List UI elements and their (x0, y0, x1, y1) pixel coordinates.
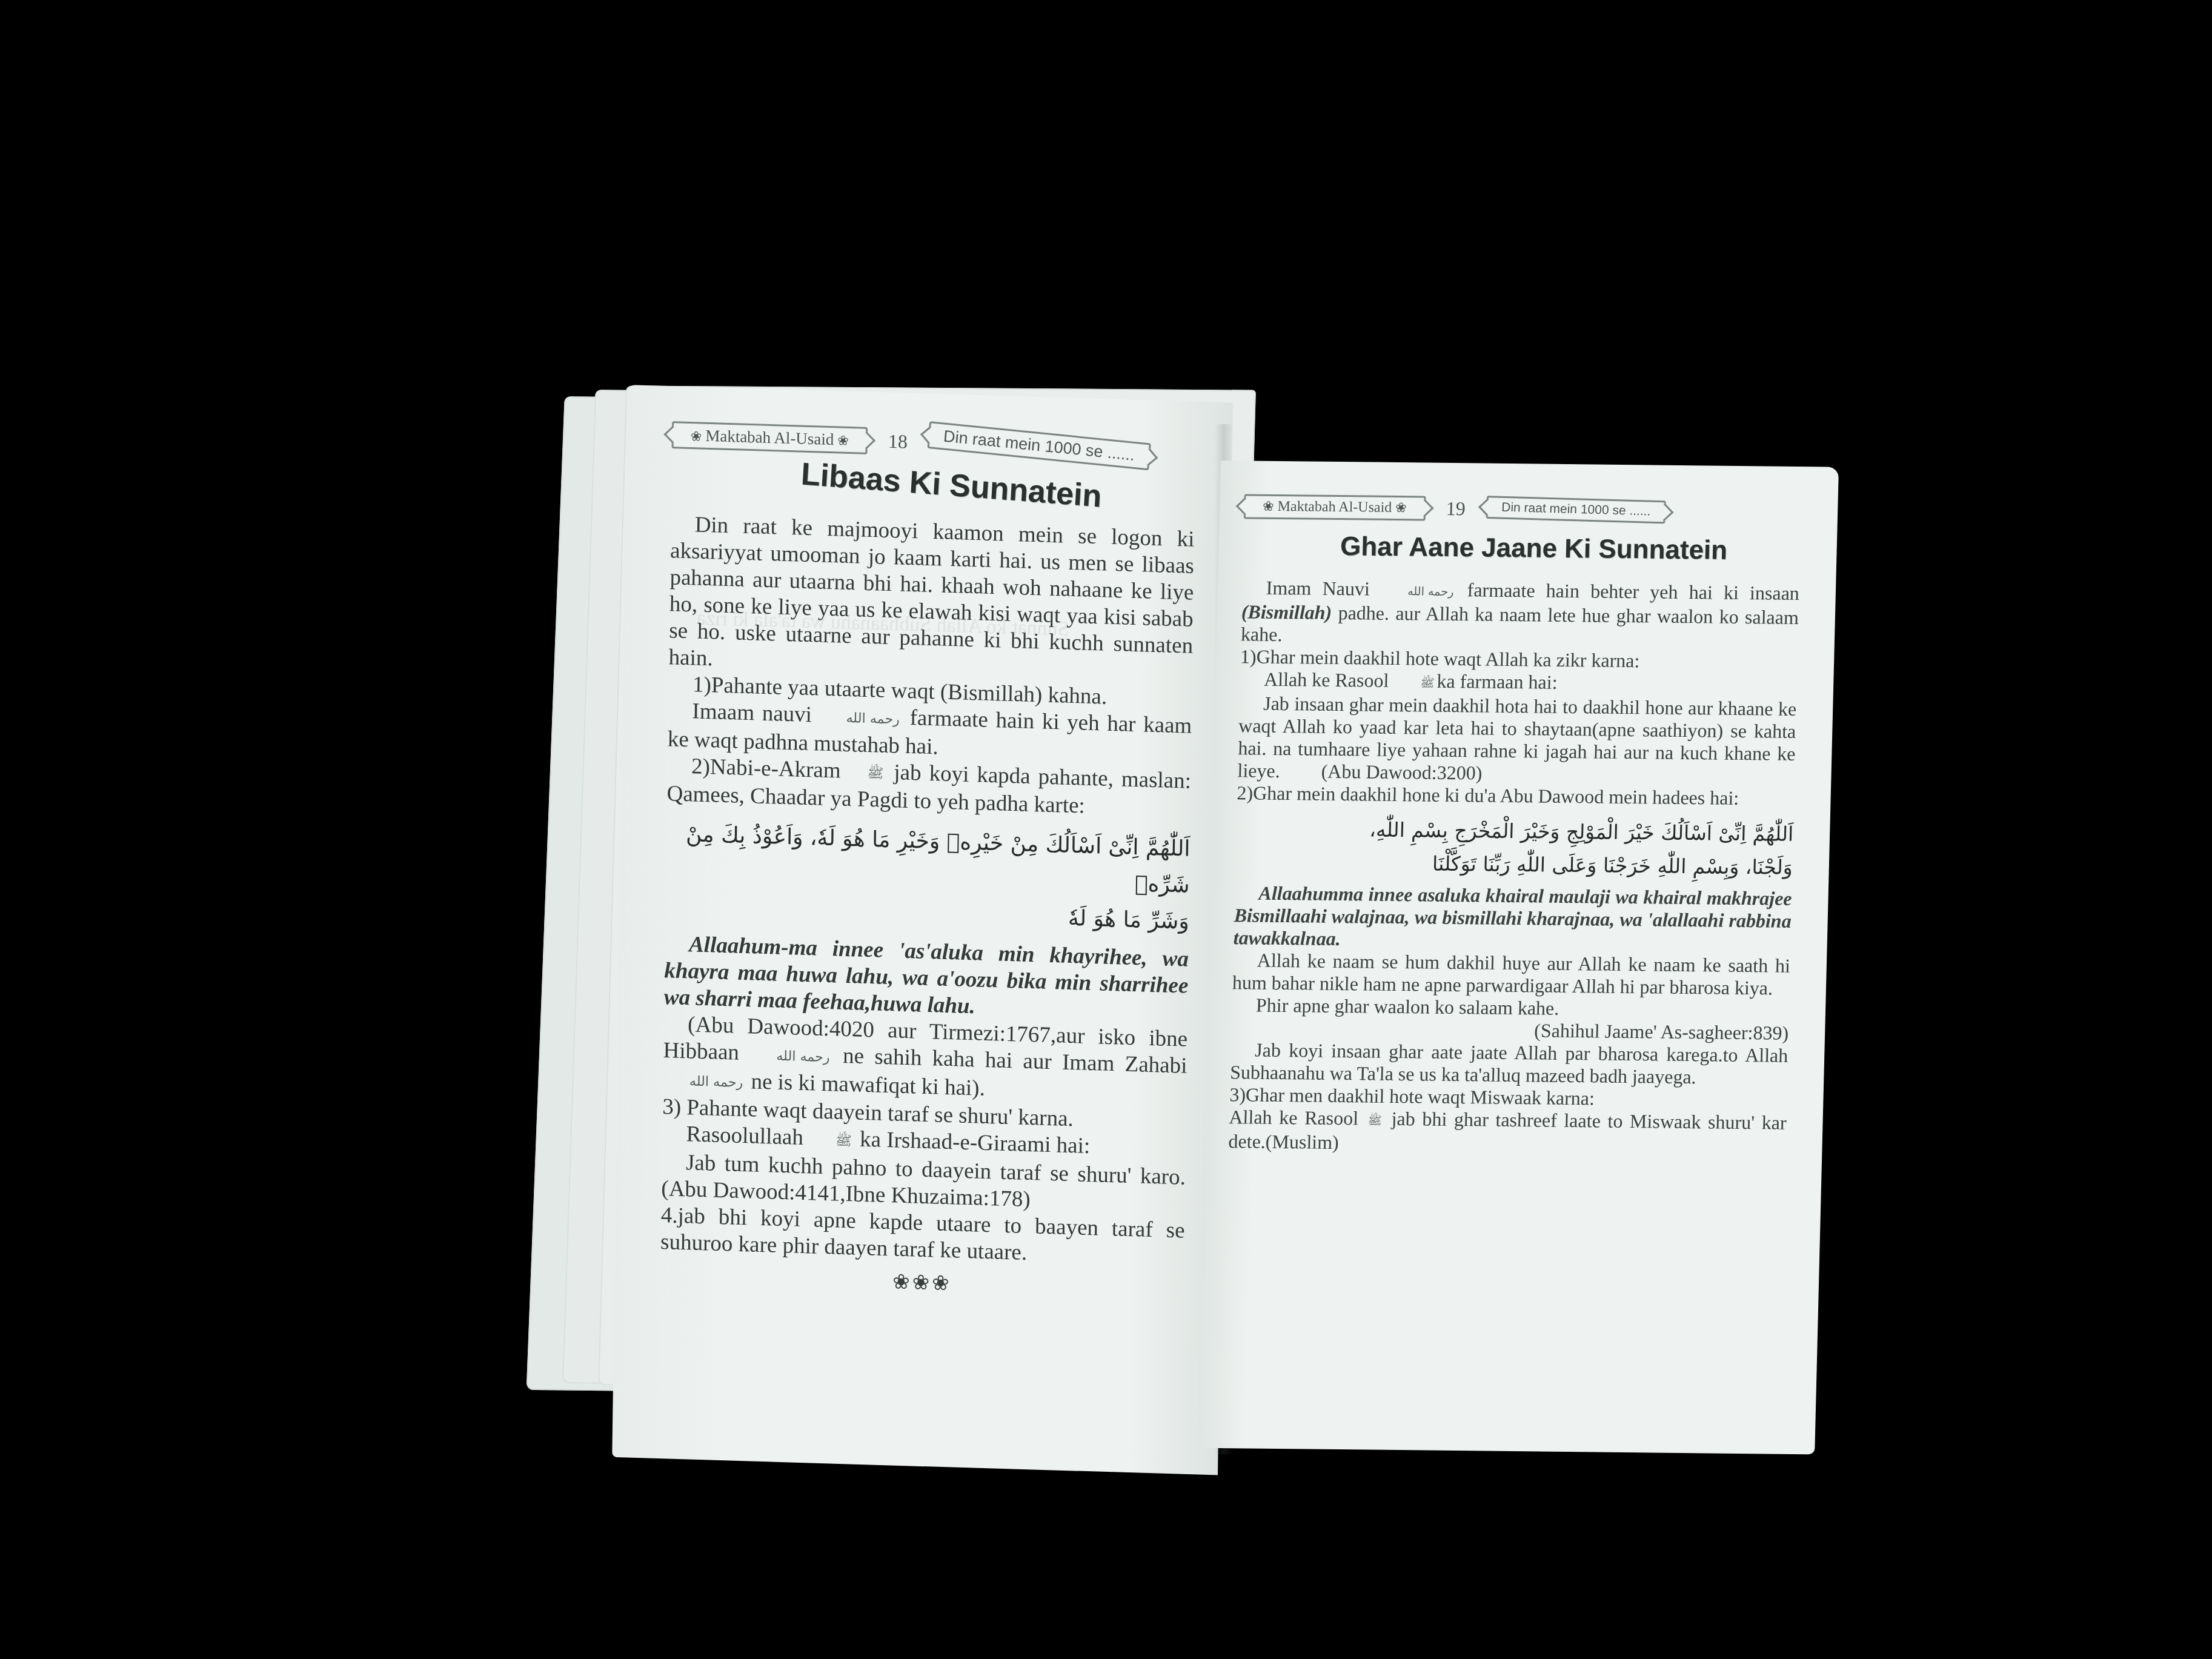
honorific-salawat-icon: ﷺ (1367, 1109, 1382, 1132)
honorific-rahimahullah-icon: رحمه الله (752, 1042, 830, 1071)
transliteration: Allaahumma innee asaluka khairal maulaji… (1233, 882, 1792, 956)
left-page: Sunnat ko Allah Subhaanahu wa ta'ala ki … (612, 385, 1232, 1475)
running-header: ❀Maktabah Al-Usaid❀ 19 Din raat mein 100… (1243, 488, 1801, 530)
hadith-text: Jab insaan ghar mein daakhil hota hai to… (1237, 693, 1797, 788)
text-span: (Bismillah) (1241, 601, 1332, 624)
photo-scene: Sunnat ko Allah Subhaanahu wa ta'ala ki … (0, 0, 2212, 1659)
honorific-rahimahullah-icon: رحمه الله (665, 1067, 743, 1096)
intro-paragraph: Imam Nauvi رحمه الله farmaate hain behte… (1241, 576, 1800, 651)
paragraph: Jab koyi insaan ghar aate jaate Allah pa… (1230, 1039, 1789, 1089)
text-span: Allah ke Rasool (1264, 668, 1389, 691)
flower-icon: ❀ (1263, 498, 1274, 513)
chapter-label: Din raat mein 1000 se ...... (943, 427, 1135, 464)
right-page: ❀Maktabah Al-Usaid❀ 19 Din raat mein 100… (1197, 460, 1839, 1454)
citation: (Abu Dawood:4020 aur Tirmezi:1767,aur is… (663, 1011, 1188, 1109)
publisher-label: Maktabah Al-Usaid (705, 426, 834, 448)
citation: (Abu Dawood:3200) (1321, 760, 1483, 784)
transliteration: Allaahum-ma innee 'as'aluka min khayrihe… (664, 931, 1189, 1026)
page-number: 19 (1446, 497, 1466, 519)
publisher-label: Maktabah Al-Usaid (1277, 498, 1392, 515)
page-body: Imam Nauvi رحمه الله farmaate hain behte… (1228, 576, 1799, 1159)
honorific-salawat-icon: ﷺ (1396, 671, 1435, 694)
page-number: 18 (888, 430, 908, 453)
text-span: Allah ke Rasool (1229, 1106, 1358, 1129)
chapter-label: Din raat mein 1000 se ...... (1501, 500, 1650, 519)
chapter-cartouche: Din raat mein 1000 se ...... (1486, 496, 1666, 524)
honorific-rahimahullah-icon: رحمه الله (822, 703, 900, 733)
honorific-salawat-icon: ﷺ (843, 759, 883, 787)
text-span: Imaam nauvi (692, 699, 812, 727)
text-span: 2)Nabi-e-Akram (691, 754, 841, 783)
text-span: farmaate hain behter yeh hai ki insaan (1467, 579, 1799, 604)
flower-icon: ❀ (691, 428, 702, 444)
chapter-cartouche: Din raat mein 1000 se ...... (928, 421, 1151, 470)
arabic-line: وَلَجْنَا، وَبِسْمِ اللّٰهِ خَرَجْنَا وَ… (1235, 845, 1793, 885)
honorific-salawat-icon: ﷺ (811, 1126, 852, 1154)
text-span: ka Irshaad-e-Giraami hai: (860, 1127, 1091, 1159)
page-body: Din raat ke majmooyi kaamon mein se logo… (660, 511, 1195, 1303)
text-span: ne is ki mawafiqat ki hai). (751, 1069, 985, 1100)
honorific-rahimahullah-icon: رحمه الله (1383, 580, 1454, 603)
flower-icon: ❀ (837, 433, 849, 448)
text-span: Imam Nauvi (1266, 577, 1370, 600)
page-title: Ghar Aane Jaane Ki Sunnatein (1267, 531, 1801, 567)
arabic-dua: اَللّٰهُمَّ اِنِّیْ اَسْاَلُكَ مِنْ خَيْ… (665, 816, 1191, 940)
flower-icon: ❀ (1395, 500, 1407, 515)
translation: Allah ke naam se hum dakhil huye aur All… (1232, 949, 1790, 1000)
text-span: Rasoolullaah (686, 1122, 803, 1150)
text-span: ka farmaan hai: (1436, 670, 1558, 693)
publisher-cartouche: ❀Maktabah Al-Usaid❀ (1244, 494, 1426, 520)
intro-paragraph: Din raat ke majmooyi kaamon mein se logo… (668, 511, 1194, 687)
arabic-dua: اَللّٰهُمَّ اِنِّیْ اَسْاَلُكَ خَيْرَ ال… (1235, 812, 1794, 885)
paragraph: Allah ke Rasool ﷺ jab bhi ghar tashreef … (1228, 1106, 1787, 1159)
arabic-line: اَللّٰهُمَّ اِنِّیْ اَسْاَلُكَ خَيْرَ ال… (1235, 812, 1793, 851)
publisher-cartouche: ❀Maktabah Al-Usaid❀ (672, 421, 868, 454)
